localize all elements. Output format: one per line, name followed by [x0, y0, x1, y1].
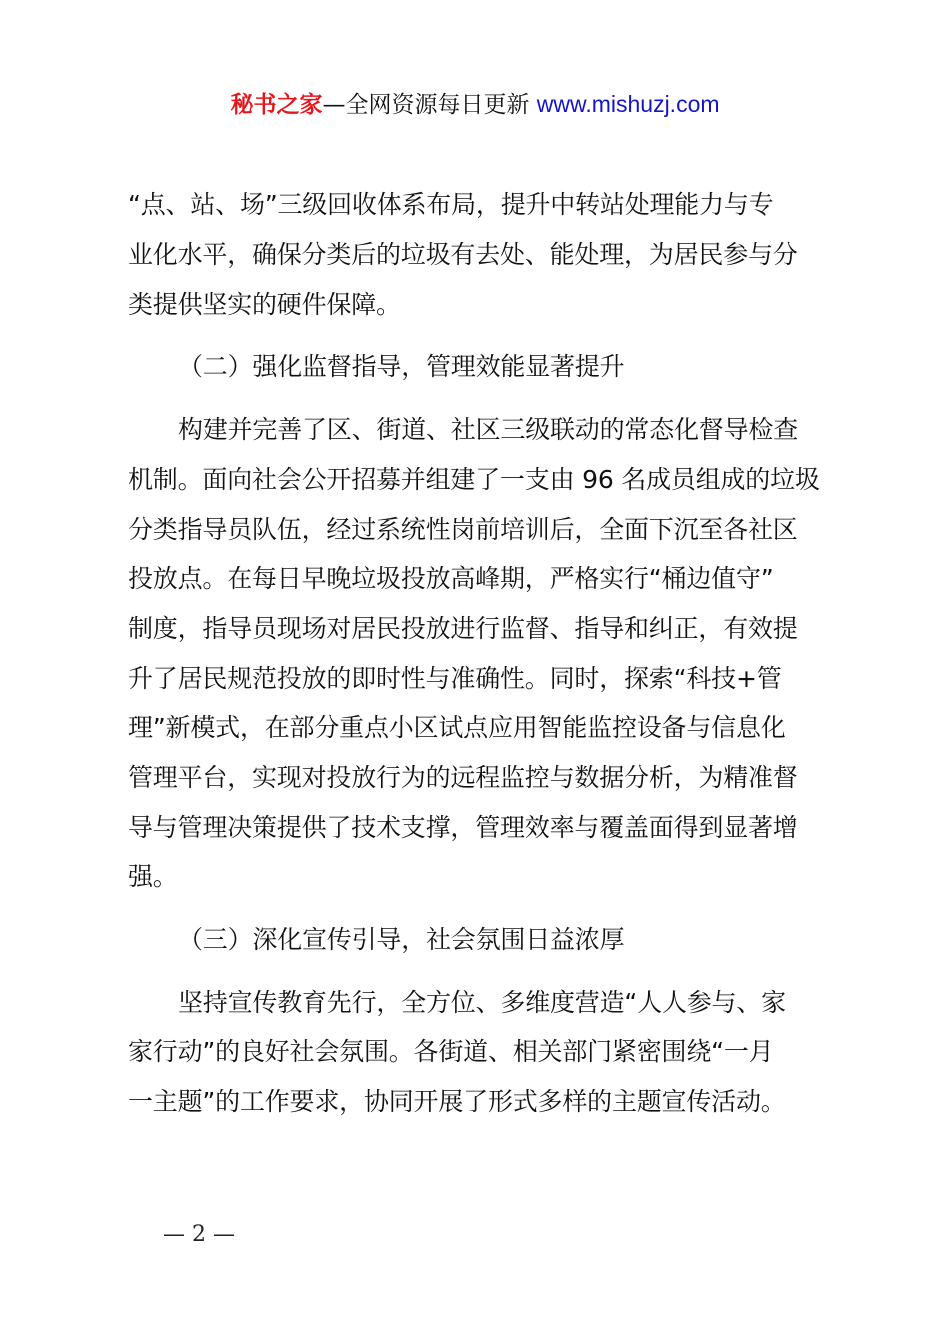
paragraph-2-line-9: 导与管理决策提供了技术支撑，管理效率与覆盖面得到显著增 [128, 813, 838, 843]
paragraph-2-line-7: 理”新模式，在部分重点小区试点应用智能监控设备与信息化 [128, 713, 838, 743]
paragraph-2-line-1: 构建并完善了区、街道、社区三级联动的常态化督导检查 [178, 415, 888, 445]
paragraph-1-line-1: “点、站、场”三级回收体系布局，提升中转站处理能力与专 [128, 190, 838, 220]
paragraph-2-line-4: 投放点。在每日早晚垃圾投放高峰期，严格实行“桶边值守” [128, 564, 838, 594]
brand-name: 秘书之家 [230, 92, 322, 118]
section-heading-3: （三）深化宣传引导，社会氛围日益浓厚 [178, 925, 888, 955]
paragraph-2-line-2: 机制。面向社会公开招募并组建了一支由 96 名成员组成的垃圾 [128, 465, 838, 495]
section-heading-2: （二）强化监督指导，管理效能显著提升 [178, 352, 888, 382]
paragraph-3-line-1: 坚持宣传教育先行，全方位、多维度营造“人人参与、家 [178, 988, 888, 1018]
page-number: — 2 — [163, 1222, 235, 1247]
paragraph-2-line-10: 强。 [128, 862, 838, 892]
paragraph-2-line-6: 升了居民规范投放的即时性与准确性。同时，探索“科技+管 [128, 664, 838, 694]
paragraph-2-line-5: 制度，指导员现场对居民投放进行监督、指导和纠正，有效提 [128, 614, 838, 644]
slogan: —全网资源每日更新 [322, 92, 536, 118]
paragraph-1-line-3: 类提供坚实的硬件保障。 [128, 290, 838, 320]
site-watermark-header: 秘书之家—全网资源每日更新 www.mishuzj.com [0, 88, 950, 121]
site-url[interactable]: www.mishuzj.com [537, 91, 720, 117]
paragraph-3-line-3: 一主题”的工作要求，协同开展了形式多样的主题宣传活动。 [128, 1087, 838, 1117]
paragraph-2-line-8: 管理平台，实现对投放行为的远程监控与数据分析，为精准督 [128, 763, 838, 793]
paragraph-2-line-3: 分类指导员队伍，经过系统性岗前培训后，全面下沉至各社区 [128, 515, 838, 545]
paragraph-3-line-2: 家行动”的良好社会氛围。各街道、相关部门紧密围绕“一月 [128, 1037, 838, 1067]
paragraph-1-line-2: 业化水平，确保分类后的垃圾有去处、能处理，为居民参与分 [128, 240, 838, 270]
